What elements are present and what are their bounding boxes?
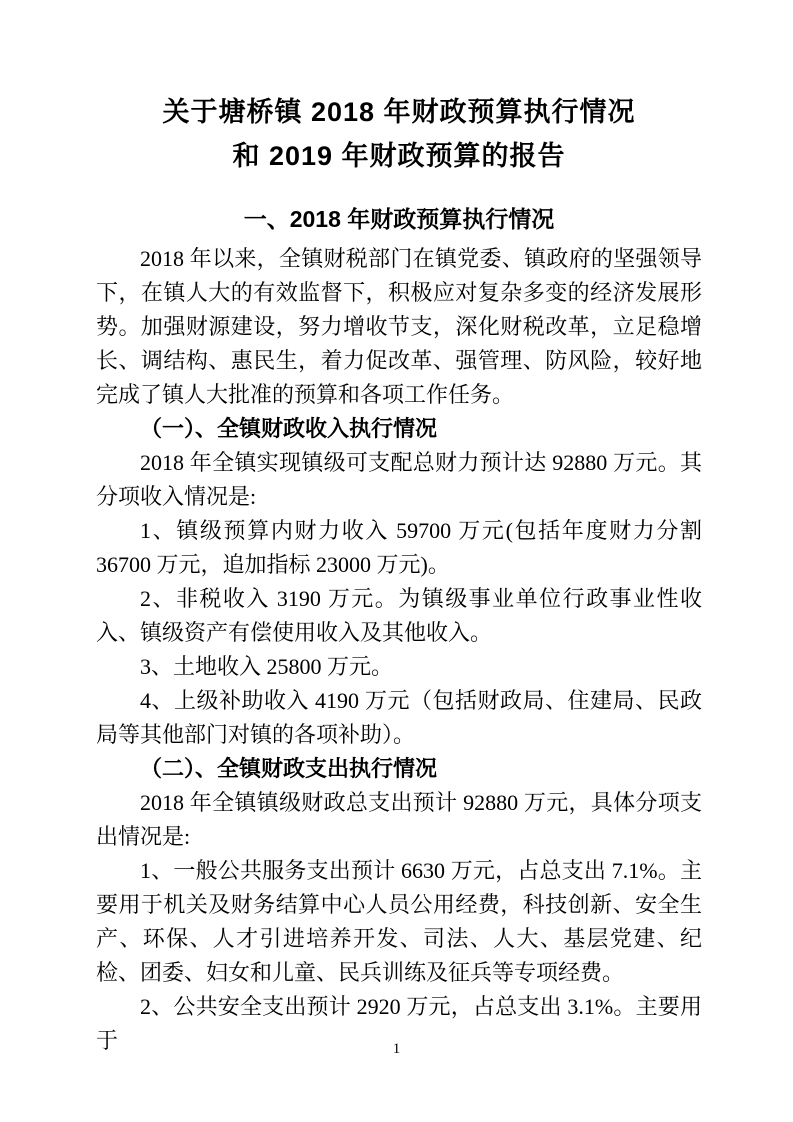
document-page: 关于塘桥镇 2018 年财政预算执行情况 和 2019 年财政预算的报告 一、2… xyxy=(0,0,793,1122)
section-1-heading: 一、2018 年财政预算执行情况 xyxy=(96,200,702,238)
revenue-item-1-paragraph: 1、镇级预算内财力收入 59700 万元(包括年度财力分割 36700 万元，追… xyxy=(96,514,702,582)
page-number: 1 xyxy=(0,1040,793,1058)
expenditure-item-1-paragraph: 1、一般公共服务支出预计 6630 万元，占总支出 7.1%。主要用于机关及财务… xyxy=(96,854,702,990)
document-title-line-2: 和 2019 年财政预算的报告 xyxy=(96,134,702,178)
expenditure-summary-paragraph: 2018 年全镇镇级财政总支出预计 92880 万元，具体分项支出情况是: xyxy=(96,786,702,854)
revenue-item-3-paragraph: 3、土地收入 25800 万元。 xyxy=(96,650,702,684)
subsection-1-heading: （一）、全镇财政收入执行情况 xyxy=(96,412,702,446)
section-1-intro-paragraph: 2018 年以来，全镇财税部门在镇党委、镇政府的坚强领导下，在镇人大的有效监督下… xyxy=(96,242,702,412)
subsection-2-heading: （二）、全镇财政支出执行情况 xyxy=(96,752,702,786)
document-content: 关于塘桥镇 2018 年财政预算执行情况 和 2019 年财政预算的报告 一、2… xyxy=(96,90,702,1058)
revenue-item-4-paragraph: 4、上级补助收入 4190 万元（包括财政局、住建局、民政局等其他部门对镇的各项… xyxy=(96,684,702,752)
revenue-summary-paragraph: 2018 年全镇实现镇级可支配总财力预计达 92880 万元。其分项收入情况是: xyxy=(96,446,702,514)
document-title-line-1: 关于塘桥镇 2018 年财政预算执行情况 xyxy=(96,90,702,134)
document-title: 关于塘桥镇 2018 年财政预算执行情况 和 2019 年财政预算的报告 xyxy=(96,90,702,178)
revenue-item-2-paragraph: 2、非税收入 3190 万元。为镇级事业单位行政事业性收入、镇级资产有偿使用收入… xyxy=(96,582,702,650)
